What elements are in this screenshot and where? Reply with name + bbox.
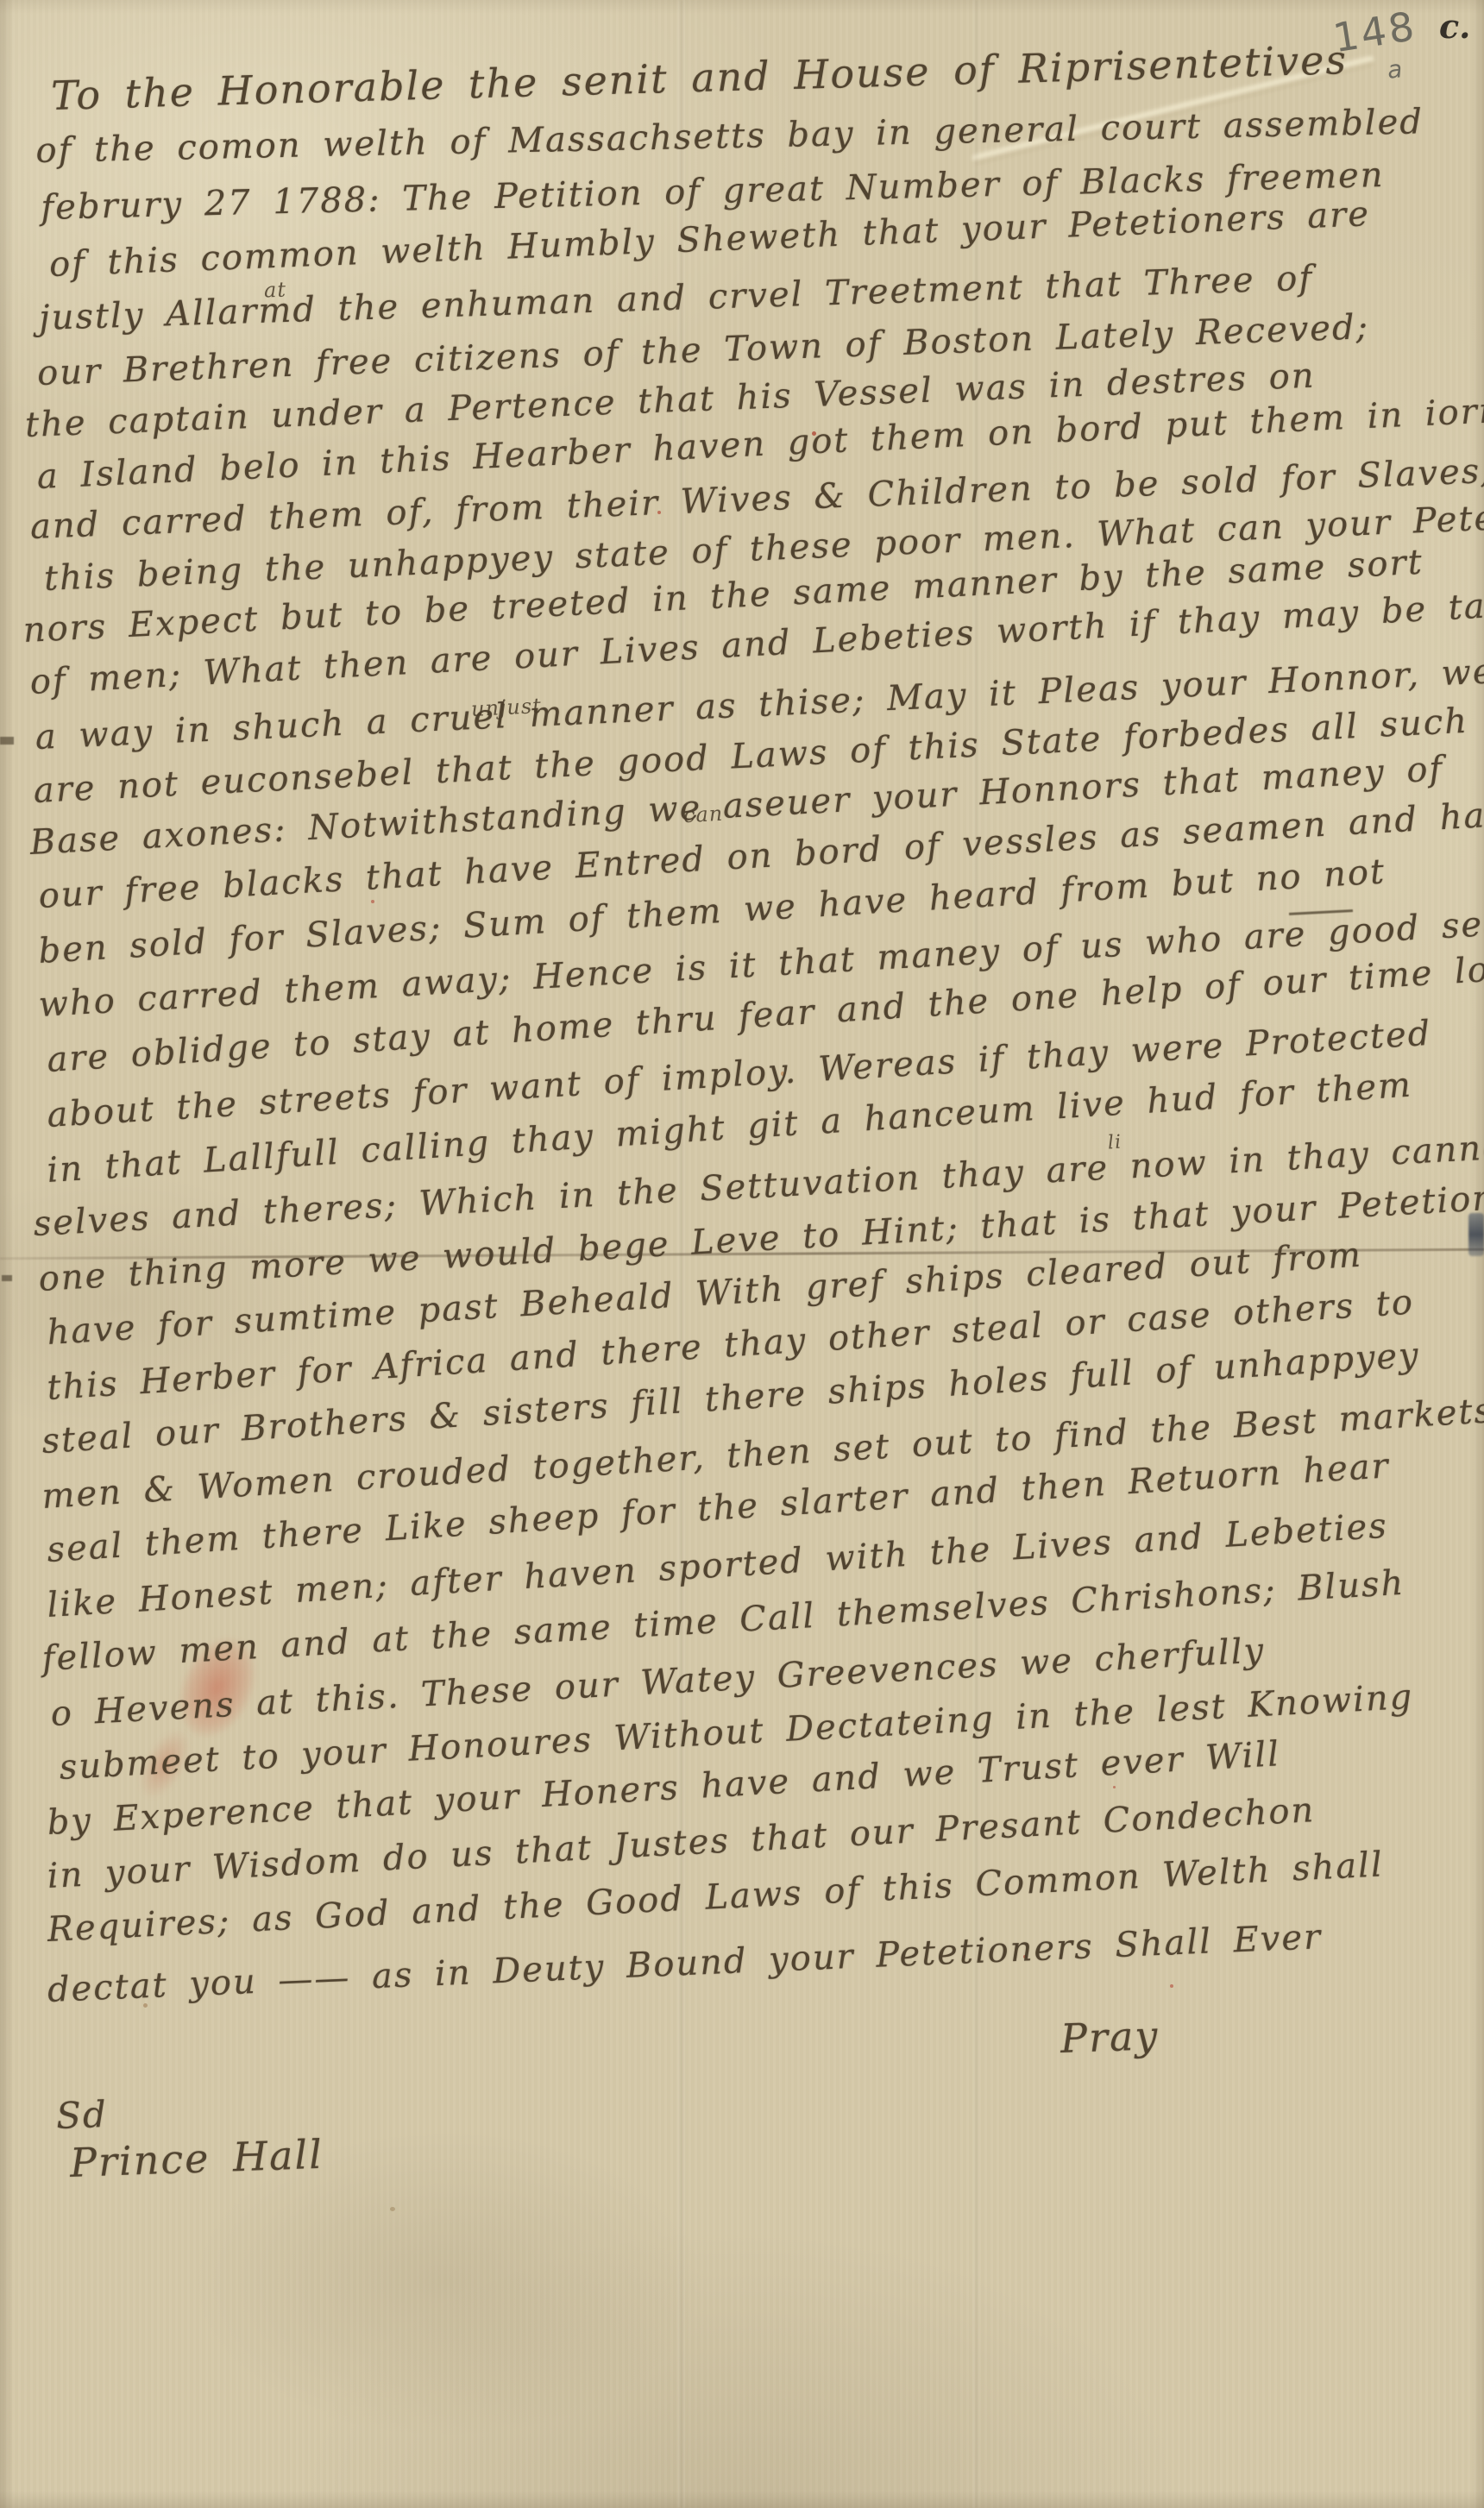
red-speck xyxy=(371,900,374,903)
speck xyxy=(390,2207,395,2211)
manuscript-page: 148 a c. To the Honorable the senit and … xyxy=(0,0,1484,2508)
edge-ink-mark xyxy=(2,1275,12,1281)
closing-pray: Pray xyxy=(1060,2012,1160,2062)
red-speck xyxy=(1170,1984,1173,1988)
edge-tape-mark xyxy=(1468,1213,1484,1256)
superscript-insertion: unjust xyxy=(470,694,542,721)
edge-ink-mark xyxy=(0,737,14,745)
corner-letter-mark: c. xyxy=(1439,7,1470,46)
superscript-insertion: can xyxy=(682,801,724,827)
red-speck xyxy=(1113,1786,1116,1788)
superscript-insertion: at xyxy=(264,278,287,303)
superscript-insertion: li xyxy=(1107,1132,1122,1154)
signature-prince-hall: Prince Hall xyxy=(69,2131,324,2186)
sub-letter-mark: a xyxy=(1386,54,1404,85)
signed-label: Sd xyxy=(55,2093,108,2137)
manuscript-line: To the Honorable the senit and House of … xyxy=(50,36,1348,119)
